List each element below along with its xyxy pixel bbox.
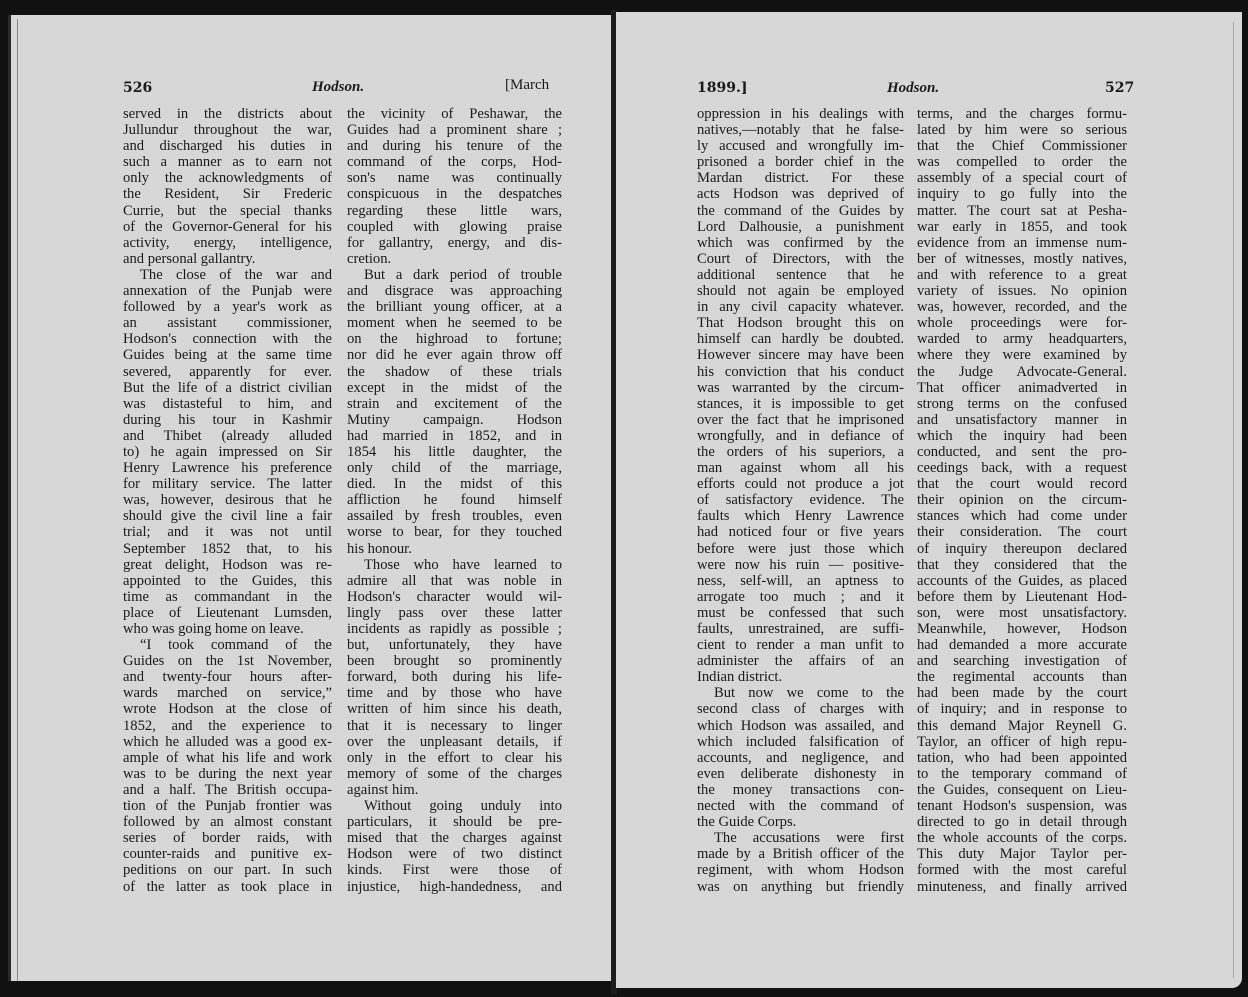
text-line: was on anything but friendly	[697, 879, 904, 895]
text-line: arrogate too much ; and it	[697, 589, 904, 605]
text-line: tion of the Punjab frontier was	[123, 798, 332, 814]
text-line: must be confessed that such	[697, 605, 904, 621]
text-line: conducted, and sent the pro-	[917, 444, 1127, 460]
text-line: an assistant commissioner,	[123, 315, 332, 331]
text-line: forward, both during his life-	[347, 669, 562, 685]
text-line: had married in 1852, and in	[347, 428, 562, 444]
text-line: accounts of the Guides, as placed	[917, 573, 1127, 589]
text-line: the Guide Corps.	[697, 814, 904, 830]
text-line: great delight, Hodson was re-	[123, 557, 332, 573]
text-line: of the Governor-General for his	[123, 219, 332, 235]
text-line: was warranted by the circum-	[697, 380, 904, 396]
text-line: son, were most unsatisfactory.	[917, 605, 1127, 621]
right-page-column-2: terms, and the charges formu-lated by hi…	[917, 106, 1127, 895]
text-line: Guides on the 1st November,	[123, 653, 332, 669]
text-line: But a dark period of trouble	[347, 267, 562, 283]
text-line: and discharged his duties in	[123, 138, 332, 154]
text-line: formed with the most careful	[917, 862, 1127, 878]
text-line: before them by Lieutenant Hod-	[917, 589, 1127, 605]
text-line: the Guides, consequent on Lieu-	[917, 782, 1127, 798]
text-line: cretion.	[347, 251, 562, 267]
text-line: annexation of the Punjab were	[123, 283, 332, 299]
text-line: That Hodson brought this on	[697, 315, 904, 331]
text-line: Mardan district. For these	[697, 170, 904, 186]
text-line: wrote Hodson at the close of	[123, 701, 332, 717]
text-line: memory of some of the charges	[347, 766, 562, 782]
text-line: September 1852 that, to his	[123, 541, 332, 557]
page-number-left: 526	[123, 80, 152, 96]
text-line: and Thibet (already alluded	[123, 428, 332, 444]
text-line: Those who have learned to	[347, 557, 562, 573]
text-line: that the court would record	[917, 476, 1127, 492]
text-line: oppression in his dealings with	[697, 106, 904, 122]
text-line: conspicuous in the despatches	[347, 186, 562, 202]
text-line: strain and excitement of the	[347, 396, 562, 412]
text-line: natives,—notably that he false-	[697, 122, 904, 138]
text-line: written of him since his death,	[347, 701, 562, 717]
text-line: cient to render a man unfit to	[697, 637, 904, 653]
text-line: kinds. First were those of	[347, 862, 562, 878]
text-line: Hodson's character would wil-	[347, 589, 562, 605]
text-line: Jullundur throughout the war,	[123, 122, 332, 138]
text-line: warded to army headquarters,	[917, 331, 1127, 347]
text-line: severed, apparently for ever.	[123, 364, 332, 380]
text-line: That officer animadverted in	[917, 380, 1127, 396]
text-line: worse to bear, for they touched	[347, 524, 562, 540]
text-line: their opinion on the circum-	[917, 492, 1127, 508]
text-line: but, unfortunately, they have	[347, 637, 562, 653]
text-line: terms, and the charges formu-	[917, 106, 1127, 122]
text-line: trial; and it was not until	[123, 524, 332, 540]
text-line: only child of the marriage,	[347, 460, 562, 476]
text-line: assembly of a special court of	[917, 170, 1127, 186]
text-line: been brought so prominently	[347, 653, 562, 669]
running-title-right: Hodson.	[887, 80, 939, 96]
running-date-left: [March	[505, 77, 549, 93]
text-line: and twenty-four hours after-	[123, 669, 332, 685]
text-line: where they were examined by	[917, 347, 1127, 363]
text-line: Guides being at the same time	[123, 347, 332, 363]
text-line: the Resident, Sir Frederic	[123, 186, 332, 202]
text-line: and with reference to a great	[917, 267, 1127, 283]
running-date-right: 1899.]	[697, 80, 747, 96]
text-line: administer the affairs of an	[697, 653, 904, 669]
text-line: tation, who had been appointed	[917, 750, 1127, 766]
text-line: Guides had a prominent share ;	[347, 122, 562, 138]
text-line: that the Chief Commissioner	[917, 138, 1127, 154]
text-line: and during his tenure of the	[347, 138, 562, 154]
text-line: Meanwhile, however, Hodson	[917, 621, 1127, 637]
text-line: and personal gallantry.	[123, 251, 332, 267]
text-line: only the acknowledgments of	[123, 170, 332, 186]
text-line: was, however, recorded, and the	[917, 299, 1127, 315]
text-line: of satisfactory evidence. The	[697, 492, 904, 508]
text-line: faults, unrestrained, are suffi-	[697, 621, 904, 637]
text-line: lated by him were so serious	[917, 122, 1127, 138]
text-line: Currie, but the special thanks	[123, 203, 332, 219]
text-line: was compelled to order the	[917, 154, 1127, 170]
text-line: But the life of a district civilian	[123, 380, 332, 396]
text-line: ness, self-will, an aptness to	[697, 573, 904, 589]
text-line: was distasteful to him, and	[123, 396, 332, 412]
text-line: stances, it is impossible to get	[697, 396, 904, 412]
text-line: his conviction that his conduct	[697, 364, 904, 380]
text-line: However sincere may have been	[697, 347, 904, 363]
text-line: such a manner as to earn not	[123, 154, 332, 170]
text-line: the regimental accounts than	[917, 669, 1127, 685]
text-line: Without going unduly into	[347, 798, 562, 814]
text-line: their consideration. The court	[917, 524, 1127, 540]
text-line: ly accused and wrongfully im-	[697, 138, 904, 154]
text-line: this demand Major Reynell G.	[917, 718, 1127, 734]
left-page-column-2: the vicinity of Peshawar, theGuides had …	[347, 106, 562, 895]
text-line: activity, energy, intelligence,	[123, 235, 332, 251]
text-line: which Hodson was assailed, and	[697, 718, 904, 734]
text-line: the whole accounts of the corps.	[917, 830, 1127, 846]
text-line: Court of Directors, with the	[697, 251, 904, 267]
text-line: the brilliant young officer, at a	[347, 299, 562, 315]
text-line: Hodson's connection with the	[123, 331, 332, 347]
text-line: matter. The court sat at Pesha-	[917, 203, 1127, 219]
text-line: were now his ruin — positive-	[697, 557, 904, 573]
text-line: which was confirmed by the	[697, 235, 904, 251]
text-line: of the latter as took place in	[123, 879, 332, 895]
text-line: Hodson were of two distinct	[347, 846, 562, 862]
text-line: during his tour in Kashmir	[123, 412, 332, 428]
text-line: command of the corps, Hod-	[347, 154, 562, 170]
running-title-text: Hodson.	[312, 79, 364, 95]
text-line: the Judge Advocate-General.	[917, 364, 1127, 380]
text-line: wards marched on service,”	[123, 685, 332, 701]
text-line: man against whom all his	[697, 460, 904, 476]
text-line: The accusations were first	[697, 830, 904, 846]
text-line: died. In the midst of this	[347, 476, 562, 492]
text-line: directed to go in detail through	[917, 814, 1127, 830]
text-line: and searching investigation of	[917, 653, 1127, 669]
text-line: Henry Lawrence his preference	[123, 460, 332, 476]
text-line: faults which Henry Lawrence	[697, 508, 904, 524]
text-line: time and by those who have	[347, 685, 562, 701]
text-line: inquiry to go fully into the	[917, 186, 1127, 202]
text-line: for gallantry, energy, and dis-	[347, 235, 562, 251]
running-title-text: Hodson.	[887, 80, 939, 96]
text-line: moment when he seemed to be	[347, 315, 562, 331]
page-number-right: 527	[1105, 80, 1134, 96]
text-line: which he alluded was a good ex-	[123, 734, 332, 750]
text-line: coupled with glowing praise	[347, 219, 562, 235]
text-line: ample of what his life and work	[123, 750, 332, 766]
text-line: incidents as rapidly as possible ;	[347, 621, 562, 637]
text-line: that they considered that the	[917, 557, 1127, 573]
text-line: peditions on our part. In such	[123, 862, 332, 878]
text-line: 1852, and the experience to	[123, 718, 332, 734]
text-line: strong terms on the confused	[917, 396, 1127, 412]
text-line: except in the midst of the	[347, 380, 562, 396]
text-line: for military service. The latter	[123, 476, 332, 492]
text-line: the shadow of these trials	[347, 364, 562, 380]
text-line: to the temporary command of	[917, 766, 1127, 782]
text-line: additional sentence that he	[697, 267, 904, 283]
text-line: the orders of his superiors, a	[697, 444, 904, 460]
text-line: war early in 1855, and took	[917, 219, 1127, 235]
running-title-left: Hodson.	[312, 79, 364, 95]
text-line: evidence from an immense num-	[917, 235, 1127, 251]
text-line: Indian district.	[697, 669, 904, 685]
text-line: This duty Major Taylor per-	[917, 846, 1127, 862]
text-line: injustice, high-handedness, and	[347, 879, 562, 895]
text-line: accounts, and negligence, and	[697, 750, 904, 766]
text-line: acts Hodson was deprived of	[697, 186, 904, 202]
text-line: affliction he found himself	[347, 492, 562, 508]
text-line: ceedings back, with a request	[917, 460, 1127, 476]
text-line: tenant Hodson's suspension, was	[917, 798, 1127, 814]
text-line: and disgrace was approaching	[347, 283, 562, 299]
left-page-column-1: served in the districts aboutJullundur t…	[123, 106, 332, 895]
text-line: had noticed four or five years	[697, 524, 904, 540]
text-line: variety of issues. No opinion	[917, 283, 1127, 299]
text-line: and unsatisfactory manner in	[917, 412, 1127, 428]
text-line: 1854 his little daughter, the	[347, 444, 562, 460]
text-line: of inquiry; and in response to	[917, 701, 1127, 717]
text-line: who was going home on leave.	[123, 621, 332, 637]
text-line: “I took command of the	[123, 637, 332, 653]
text-line: Lord Dalhousie, a punishment	[697, 219, 904, 235]
text-line: But now we come to the	[697, 685, 904, 701]
text-line: which included falsification of	[697, 734, 904, 750]
text-line: made by a British officer of the	[697, 846, 904, 862]
text-line: of inquiry thereupon declared	[917, 541, 1127, 557]
text-line: counter-raids and punitive ex-	[123, 846, 332, 862]
text-line: efforts could not produce a jot	[697, 476, 904, 492]
text-line: particulars, it should be pre-	[347, 814, 562, 830]
text-line: lingly pass over these latter	[347, 605, 562, 621]
text-line: even deliberate dishonesty in	[697, 766, 904, 782]
text-line: that it is necessary to linger	[347, 718, 562, 734]
text-line: mised that the charges against	[347, 830, 562, 846]
text-line: himself can hardly be doubted.	[697, 331, 904, 347]
text-line: his honour.	[347, 541, 562, 557]
text-line: The close of the war and	[123, 267, 332, 283]
text-line: time as commandant in the	[123, 589, 332, 605]
text-line: regiment, with whom Hodson	[697, 862, 904, 878]
text-line: against him.	[347, 782, 562, 798]
text-line: admire all that was noble in	[347, 573, 562, 589]
text-line: the vicinity of Peshawar, the	[347, 106, 562, 122]
text-line: son's name was continually	[347, 170, 562, 186]
text-line: in any civil capacity whatever.	[697, 299, 904, 315]
text-line: the money transactions con-	[697, 782, 904, 798]
text-line: nected with the command of	[697, 798, 904, 814]
text-line: which the inquiry had been	[917, 428, 1127, 444]
text-line: whole proceedings were for-	[917, 315, 1127, 331]
text-line: Mutiny campaign. Hodson	[347, 412, 562, 428]
right-page-column-1: oppression in his dealings withnatives,—…	[697, 106, 904, 895]
text-line: served in the districts about	[123, 106, 332, 122]
text-line: on the highroad to fortune;	[347, 331, 562, 347]
text-line: stances which had come under	[917, 508, 1127, 524]
text-line: Taylor, an officer of high repu-	[917, 734, 1127, 750]
text-line: followed by an almost constant	[123, 814, 332, 830]
text-line: to) he again impressed on Sir	[123, 444, 332, 460]
text-line: ber of witnesses, mostly natives,	[917, 251, 1127, 267]
text-line: second class of charges with	[697, 701, 904, 717]
text-line: followed by a year's work as	[123, 299, 332, 315]
text-line: was, however, desirous that he	[123, 492, 332, 508]
text-line: the command of the Guides by	[697, 203, 904, 219]
text-line: had demanded a more accurate	[917, 637, 1127, 653]
text-line: wrongfully, and in defiance of	[697, 428, 904, 444]
text-line: should not again be employed	[697, 283, 904, 299]
text-line: and a half. The British occupa-	[123, 782, 332, 798]
text-line: minuteness, and finally arrived	[917, 879, 1127, 895]
text-line: had been made by the court	[917, 685, 1127, 701]
text-line: was to be during the next year	[123, 766, 332, 782]
text-line: over the unpleasant details, if	[347, 734, 562, 750]
text-line: should give the civil line a fair	[123, 508, 332, 524]
text-line: only in the effort to clear his	[347, 750, 562, 766]
text-line: over the fact that he imprisoned	[697, 412, 904, 428]
text-line: appointed to the Guides, this	[123, 573, 332, 589]
text-line: before were just those which	[697, 541, 904, 557]
text-line: place of Lieutenant Lumsden,	[123, 605, 332, 621]
text-line: series of border raids, with	[123, 830, 332, 846]
text-line: regarding these little wars,	[347, 203, 562, 219]
text-line: prisoned a border chief in the	[697, 154, 904, 170]
text-line: assailed by fresh troubles, even	[347, 508, 562, 524]
text-line: nor did he ever again throw off	[347, 347, 562, 363]
